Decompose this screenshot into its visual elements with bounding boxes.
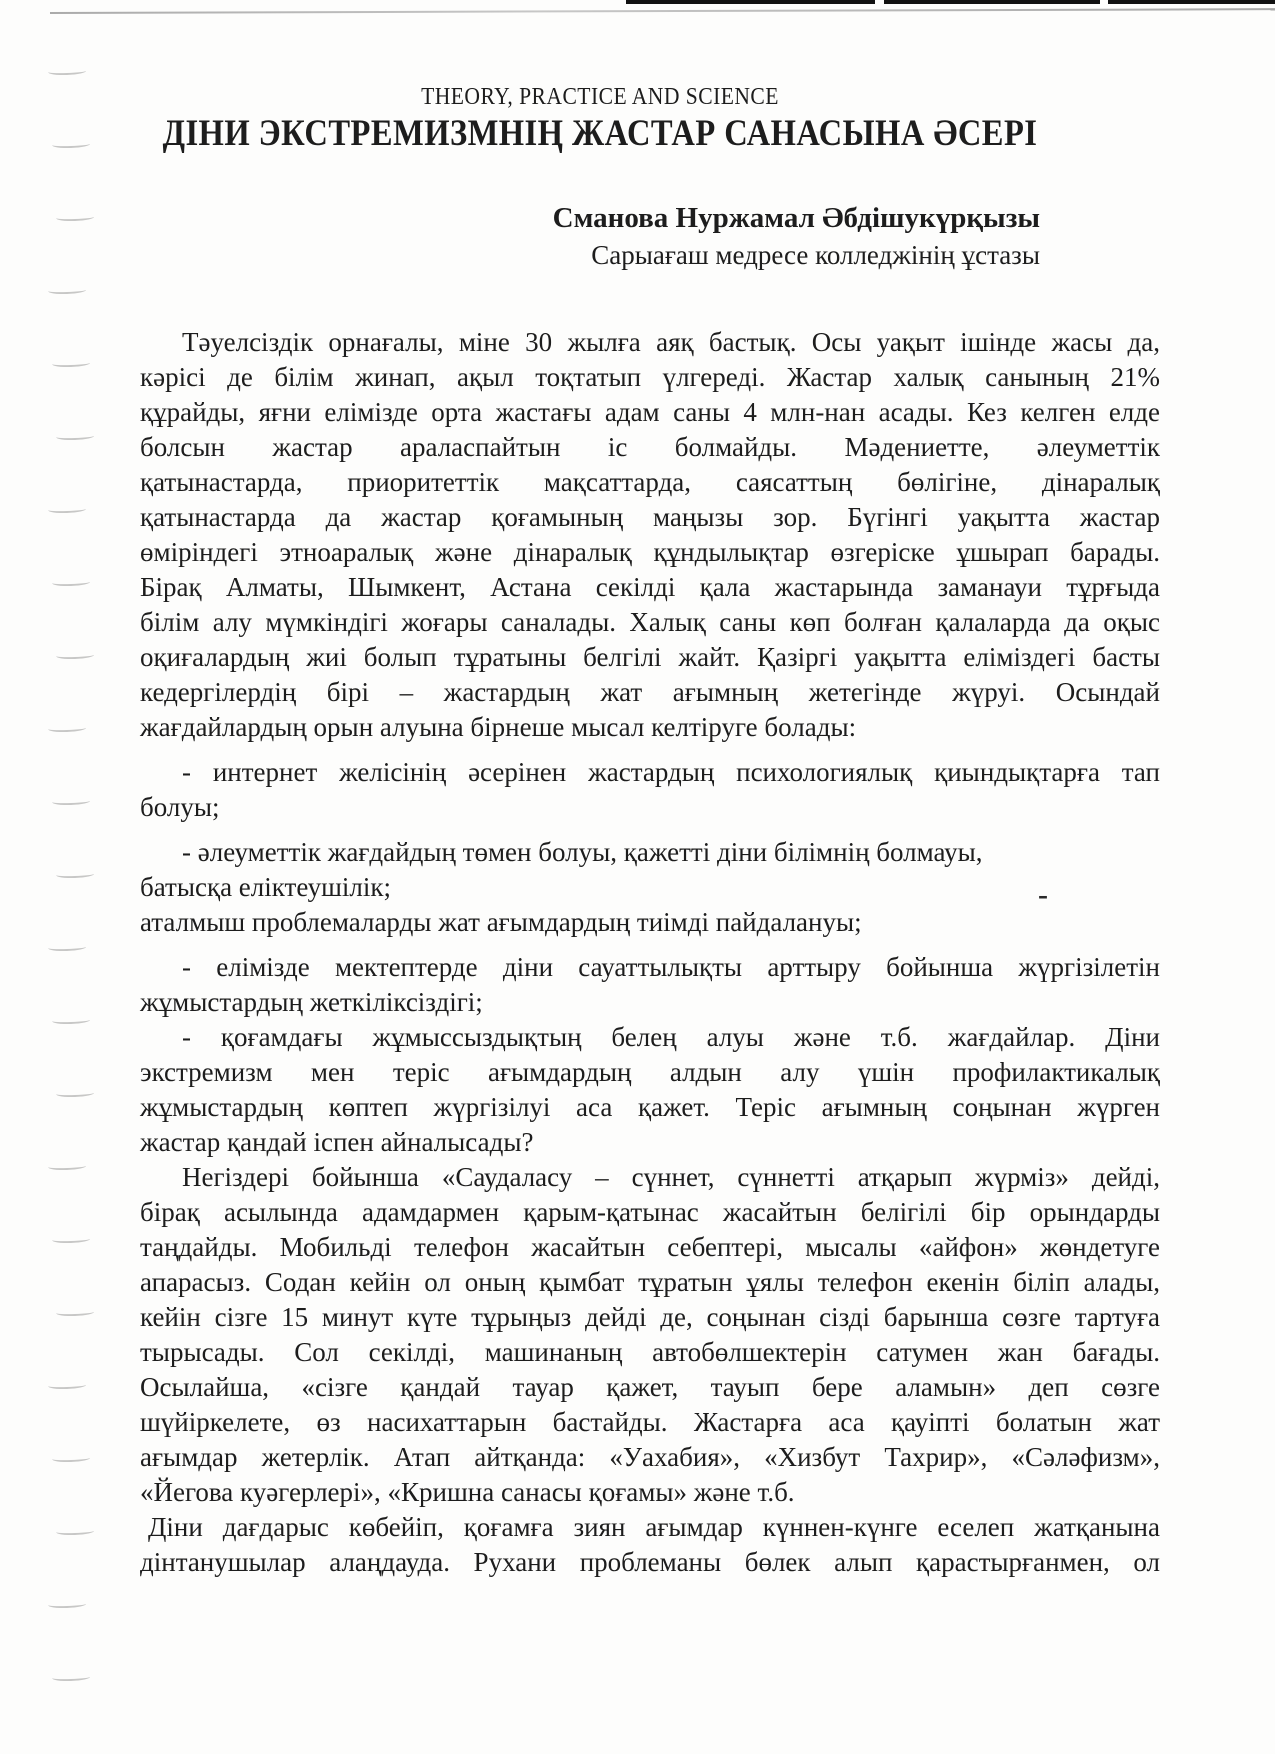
text-line: Бірақ Алматы, Шымкент, Астана секілді қа… <box>140 570 1160 605</box>
text-line: дінтанушылар алаңдауда. Рухани проблеман… <box>140 1545 1160 1580</box>
binder-mark <box>48 724 86 732</box>
text-line: «Йегова куәгерлері», «Кришна санасы қоға… <box>140 1475 1160 1510</box>
binder-mark <box>56 870 94 878</box>
binder-mark <box>52 359 90 367</box>
text-line: - әлеуметтік жағдайдың төмен болуы, қаже… <box>140 835 1160 870</box>
article-body: Тәуелсіздік орнағалы, міне 30 жылға аяқ … <box>140 325 1160 1580</box>
binder-mark <box>52 1235 90 1243</box>
scan-artifact-top-bar <box>884 0 1100 4</box>
text-line: ағымдар жетерлік. Атап айтқанда: «Уахаби… <box>140 1440 1160 1475</box>
text-line: кейін сізге 15 минут күте тұрыңыз дейді … <box>140 1300 1160 1335</box>
text-line: тырысады. Сол секілді, машинаның автобөл… <box>140 1335 1160 1370</box>
text-line: білім алу мүмкіндігі жоғары саналады. Ха… <box>140 605 1160 640</box>
text-line: құрайды, яғни елімізде орта жастағы адам… <box>140 395 1160 430</box>
binder-mark <box>52 1016 90 1024</box>
binder-mark <box>52 1454 90 1462</box>
paragraph-6: Негіздері бойынша «Саудаласу – сүннет, с… <box>140 1160 1160 1510</box>
text-line: Тәуелсіздік орнағалы, міне 30 жылға аяқ … <box>140 325 1160 360</box>
binder-mark <box>56 1308 94 1316</box>
text-line: болсын жастар араласпайтын іс болмайды. … <box>140 430 1160 465</box>
scanned-document-page: - THEORY, PRACTICE AND SCIENCE ДІНИ ЭКСТ… <box>0 0 1275 1754</box>
binder-mark <box>52 140 90 148</box>
text-line: - интернет желісінің әсерінен жастардың … <box>140 755 1160 790</box>
text-line: жұмыстардың көптеп жүргізілуі аса қажет.… <box>140 1090 1160 1125</box>
scan-artifact-top-line <box>50 8 1275 14</box>
text-line: жұмыстардың жеткіліксіздігі; <box>140 985 1160 1020</box>
text-line: - қоғамдағы жұмыссыздықтың белең алуы жә… <box>140 1020 1160 1055</box>
text-line: апарасыз. Содан кейін ол оның қымбат тұр… <box>140 1265 1160 1300</box>
binder-mark <box>52 578 90 586</box>
binder-mark <box>48 943 86 951</box>
binder-mark <box>48 286 86 294</box>
text-line: экстремизм мен теріс ағымдардың алдын ал… <box>140 1055 1160 1090</box>
binder-mark <box>56 432 94 440</box>
text-line: жастар қандай іспен айналысады? <box>140 1125 1160 1160</box>
binder-mark <box>52 797 90 805</box>
running-head: THEORY, PRACTICE AND SCIENCE <box>110 84 1091 111</box>
text-line: болуы; <box>140 790 1160 825</box>
paragraph-1: Тәуелсіздік орнағалы, міне 30 жылға аяқ … <box>140 325 1160 745</box>
text-line: таңдайды. Мобильді телефон жасайтын себе… <box>140 1230 1160 1265</box>
author-name: Сманова Нуржамал Әбдішукүрқызы <box>0 202 1040 235</box>
binder-mark <box>48 67 86 75</box>
text-line: аталмыш проблемаларды жат ағымдардың тиі… <box>140 905 1160 940</box>
paragraph-3-bullet: - әлеуметтік жағдайдың төмен болуы, қаже… <box>140 835 1160 940</box>
text-line: Осылайша, «сізге қандай тауар қажет, тау… <box>140 1370 1160 1405</box>
scan-artifact-top-bar <box>1108 0 1275 4</box>
text-line: қатынастарда да жастар қоғамының маңызы … <box>140 500 1160 535</box>
byline: Сманова Нуржамал Әбдішукүрқызы Сарыағаш … <box>0 202 1040 271</box>
binder-mark <box>48 505 86 513</box>
text-line: Діни дағдарыс көбейіп, қоғамға зиян ағым… <box>140 1510 1160 1545</box>
binder-mark <box>56 651 94 659</box>
author-affiliation: Сарыағаш медресе колледжінің ұстазы <box>0 240 1040 271</box>
paragraph-2-bullet: - интернет желісінің әсерінен жастардың … <box>140 755 1160 825</box>
binder-mark <box>56 1089 94 1097</box>
paragraph-5-bullet: - қоғамдағы жұмыссыздықтың белең алуы жә… <box>140 1020 1160 1160</box>
binder-mark <box>56 1527 94 1535</box>
text-line: оқиғалардың жиі болып тұратыны белгілі ж… <box>140 640 1160 675</box>
text-line: - елімізде мектептерде діни сауаттылықты… <box>140 950 1160 985</box>
binder-mark <box>52 1673 90 1681</box>
text-line: кәрісі де білім жинап, ақыл тоқтатып үлг… <box>140 360 1160 395</box>
text-line: бірақ асылында адамдармен қарым-қатынас … <box>140 1195 1160 1230</box>
binder-mark <box>48 1162 86 1170</box>
binder-mark <box>48 1600 86 1608</box>
text-line: қатынастарда, приоритеттік мақсаттарда, … <box>140 465 1160 500</box>
text-line: Негіздері бойынша «Саудаласу – сүннет, с… <box>140 1160 1160 1195</box>
text-line: батысқа еліктеушілік; <box>140 870 1160 905</box>
article-title: ДІНИ ЭКСТРЕМИЗМНІҢ ЖАСТАР САНАСЫНА ӘСЕРІ <box>120 112 1079 155</box>
binder-mark <box>48 1381 86 1389</box>
text-line: жағдайлардың орын алуына бірнеше мысал к… <box>140 710 1160 745</box>
paragraph-7: Діни дағдарыс көбейіп, қоғамға зиян ағым… <box>140 1510 1160 1580</box>
scan-artifact-top-bar <box>626 0 875 4</box>
text-line: өміріндегі этноаралық және дінаралық құн… <box>140 535 1160 570</box>
text-line: шүйіркелете, өз насихаттарын бастайды. Ж… <box>140 1405 1160 1440</box>
text-line: кедергілердің бірі – жастардың жат ағымн… <box>140 675 1160 710</box>
paragraph-4-bullet: - елімізде мектептерде діни сауаттылықты… <box>140 950 1160 1020</box>
